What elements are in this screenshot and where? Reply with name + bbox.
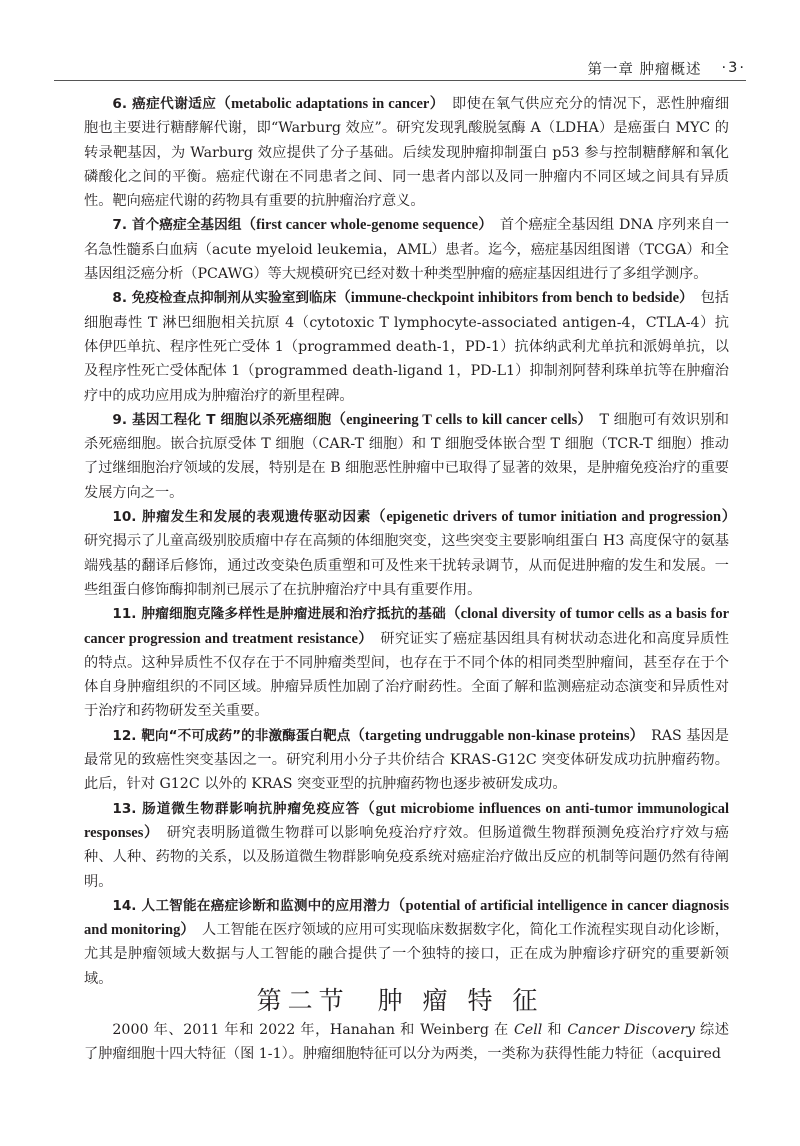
item-body: 即使在氧气供应充分的情况下，恶性肿瘤细胞也主要进行糖酵解代谢，即“Warburg…: [84, 96, 729, 209]
section-number: 第二节: [257, 986, 350, 1015]
item-body: 研究表明肠道微生物群可以影响免疫治疗疗效。但肠道微生物群预测免疫治疗疗效与癌种、…: [84, 825, 729, 890]
journal-name: Cell: [514, 1022, 542, 1038]
running-header-chapter: 第一章 肿瘤概述: [587, 58, 701, 79]
list-item-13: 13. 肠道微生物群影响抗肿瘤免疫应答（gut microbiome influ…: [84, 797, 729, 894]
list-item-10: 10. 肿瘤发生和发展的表观遗传驱动因素（epigenetic drivers …: [84, 505, 729, 602]
list-item-8: 8. 免疫检查点抑制剂从实验室到临床（immune-checkpoint inh…: [84, 286, 729, 407]
item-body: 研究揭示了儿童高级别胶质瘤中存在高频的体细胞突变，这些突变主要影响组蛋白 H3 …: [84, 533, 729, 598]
item-heading: 10. 肿瘤发生和发展的表观遗传驱动因素（epigenetic drivers …: [112, 509, 729, 525]
list-item-11: 11. 肿瘤细胞克隆多样性是肿瘤进展和治疗抵抗的基础（clonal divers…: [84, 602, 729, 723]
page-number: ·3·: [722, 60, 746, 76]
section-name: 肿 瘤 特 征: [378, 986, 544, 1015]
list-item-6: 6. 癌症代谢适应（metabolic adaptations in cance…: [84, 92, 729, 213]
item-heading: 8. 免疫检查点抑制剂从实验室到临床（immune-checkpoint inh…: [112, 290, 686, 306]
item-heading: 12. 靶向“不可成药”的非激酶蛋白靶点（targeting undruggab…: [112, 728, 636, 744]
section-title: 第二节肿 瘤 特 征: [0, 981, 800, 1017]
item-body: 包括细胞毒性 T 淋巴细胞相关抗原 4（cytotoxic T lymphocy…: [84, 290, 729, 403]
intro-paragraph: 2000 年、2011 年和 2022 年，Hanahan 和 Weinberg…: [84, 1018, 729, 1067]
item-heading: 9. 基因工程化 T 细胞以杀死癌细胞（engineering T cells …: [112, 412, 585, 428]
list-item-9: 9. 基因工程化 T 细胞以杀死癌细胞（engineering T cells …: [84, 408, 729, 505]
page-header: 第一章 肿瘤概述 ·3·: [54, 56, 746, 81]
body-text: 6. 癌症代谢适应（metabolic adaptations in cance…: [84, 92, 729, 991]
journal-name: Cancer Discovery: [567, 1022, 695, 1038]
section-intro: 2000 年、2011 年和 2022 年，Hanahan 和 Weinberg…: [84, 1018, 729, 1067]
item-heading: 6. 癌症代谢适应（metabolic adaptations in cance…: [112, 96, 437, 112]
list-item-12: 12. 靶向“不可成药”的非激酶蛋白靶点（targeting undruggab…: [84, 724, 729, 797]
list-item-7: 7. 首个癌症全基因组（first cancer whole-genome se…: [84, 213, 729, 286]
item-heading: 7. 首个癌症全基因组（first cancer whole-genome se…: [112, 217, 485, 233]
list-item-14: 14. 人工智能在癌症诊断和监测中的应用潜力（potential of arti…: [84, 894, 729, 991]
